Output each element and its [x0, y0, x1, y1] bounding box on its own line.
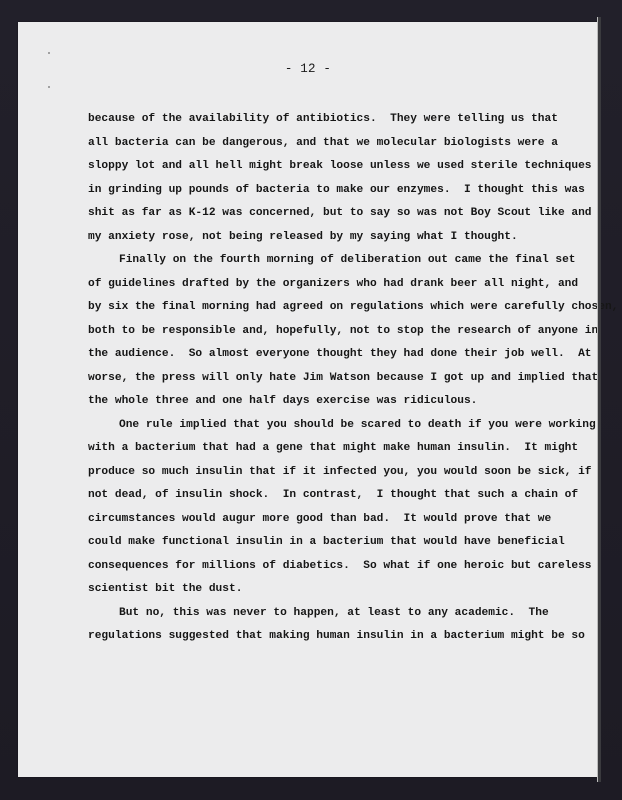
text-line: One rule implied that you should be scar… [88, 414, 568, 438]
scan-speck [48, 52, 50, 54]
text-line: both to be responsible and, hopefully, n… [88, 320, 568, 344]
scanned-page-background: - 12 - because of the availability of an… [0, 0, 622, 800]
text-line: all bacteria can be dangerous, and that … [88, 132, 568, 156]
paragraph: One rule implied that you should be scar… [88, 414, 568, 602]
text-line: in grinding up pounds of bacteria to mak… [88, 179, 568, 203]
text-line: of guidelines drafted by the organizers … [88, 273, 568, 297]
text-line: worse, the press will only hate Jim Wats… [88, 367, 568, 391]
text-line: with a bacterium that had a gene that mi… [88, 437, 568, 461]
text-line: because of the availability of antibioti… [88, 108, 568, 132]
paragraph: because of the availability of antibioti… [88, 108, 568, 249]
document-page: - 12 - because of the availability of an… [18, 22, 598, 777]
text-line: produce so much insulin that if it infec… [88, 461, 568, 485]
text-line: Finally on the fourth morning of deliber… [88, 249, 568, 273]
text-line: scientist bit the dust. [88, 578, 568, 602]
paragraph: Finally on the fourth morning of deliber… [88, 249, 568, 414]
page-stack-edge [597, 17, 601, 782]
text-line: could make functional insulin in a bacte… [88, 531, 568, 555]
text-line: my anxiety rose, not being released by m… [88, 226, 568, 250]
text-line: the audience. So almost everyone thought… [88, 343, 568, 367]
paragraph: But no, this was never to happen, at lea… [88, 602, 568, 649]
text-line: circumstances would augur more good than… [88, 508, 568, 532]
text-line: consequences for millions of diabetics. … [88, 555, 568, 579]
text-line: sloppy lot and all hell might break loos… [88, 155, 568, 179]
text-line: by six the final morning had agreed on r… [88, 296, 568, 320]
document-body: because of the availability of antibioti… [88, 108, 568, 649]
text-line: regulations suggested that making human … [88, 625, 568, 649]
text-line: shit as far as K-12 was concerned, but t… [88, 202, 568, 226]
page-number: - 12 - [18, 62, 598, 76]
text-line: not dead, of insulin shock. In contrast,… [88, 484, 568, 508]
text-line: But no, this was never to happen, at lea… [88, 602, 568, 626]
text-line: the whole three and one half days exerci… [88, 390, 568, 414]
scan-speck [48, 86, 50, 88]
